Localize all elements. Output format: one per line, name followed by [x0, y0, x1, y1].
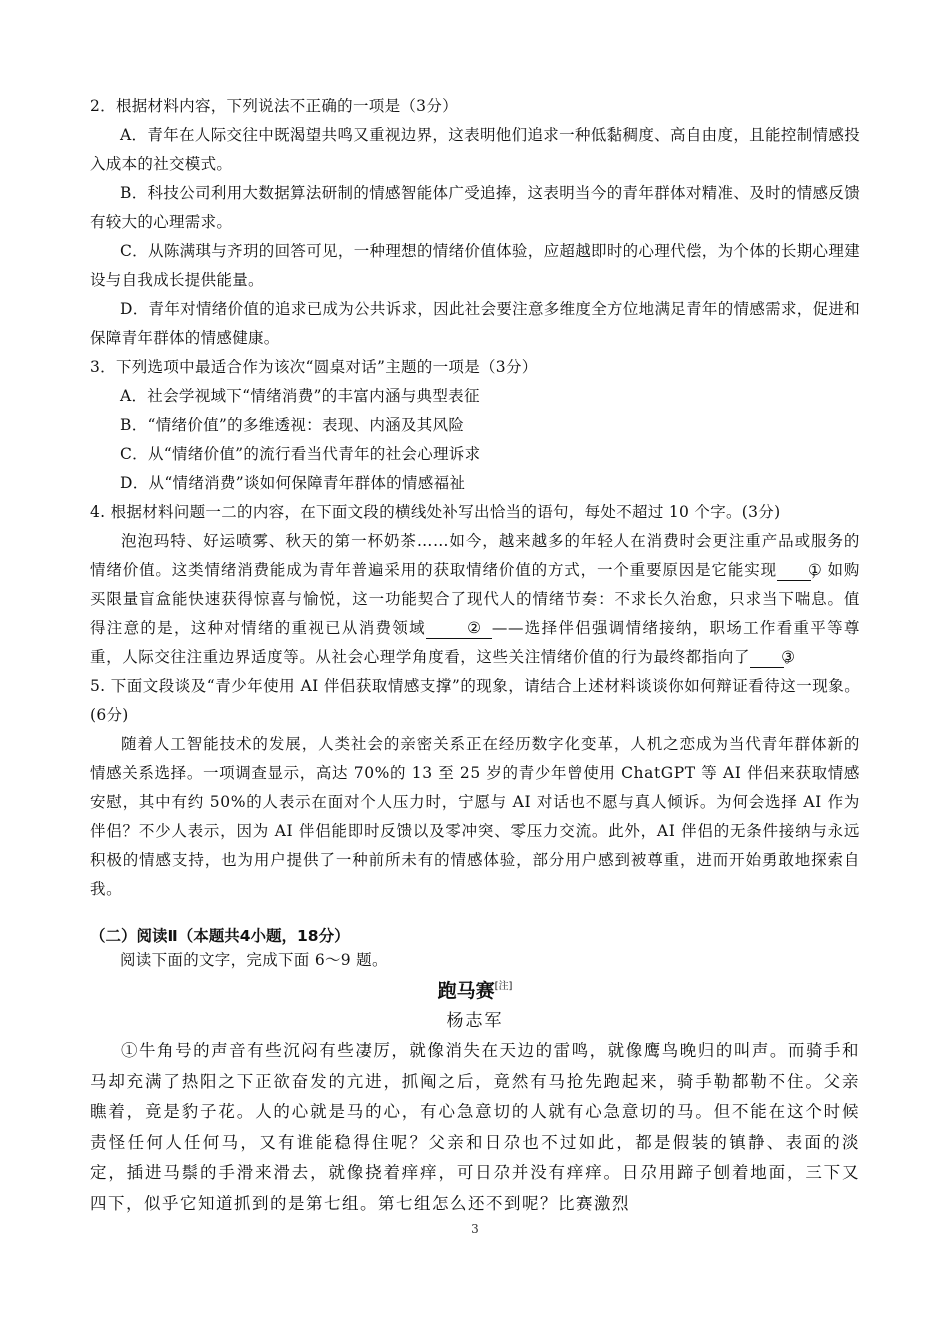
story-paragraph-1: ①牛角号的声音有些沉闷有些凄厉，就像消失在天边的雷鸣，就像鹰鸟晚归的叫声。而骑手…	[90, 1036, 860, 1219]
question-2-option-b: B．科技公司利用大数据算法研制的情感智能体广受追捧，这表明当今的青年群体对精准、…	[90, 179, 860, 237]
fill-blank-3: ③	[750, 647, 784, 668]
question-2-option-a: A．青年在人际交往中既渴望共鸣又重视边界，这表明他们追求一种低黏稠度、高自由度，…	[90, 121, 860, 179]
question-5-stem: 5. 下面文段谈及“青少年使用 AI 伴侣获取情感支撑”的现象，请结合上述材料谈…	[90, 672, 860, 730]
question-5-passage: 随着人工智能技术的发展，人类社会的亲密关系正在经历数字化变革，人机之恋成为当代青…	[90, 730, 860, 904]
story-title: 跑马赛[注]	[90, 972, 860, 1006]
question-3-option-c: C．从“情绪价值”的流行看当代青年的社会心理诉求	[90, 440, 860, 469]
question-3-option-b: B．“情绪价值”的多维透视：表现、内涵及其风险	[90, 411, 860, 440]
reading-section-2: （二）阅读Ⅱ（本题共4小题，18分） 阅读下面的文字，完成下面 6～9 题。 跑…	[90, 924, 860, 1219]
question-2: 2．根据材料内容，下列说法不正确的一项是（3分） A．青年在人际交往中既渴望共鸣…	[90, 92, 860, 353]
question-3-stem: 3．下列选项中最适合作为该次“圆桌对话”主题的一项是（3分）	[90, 353, 860, 382]
exam-page: 2．根据材料内容，下列说法不正确的一项是（3分） A．青年在人际交往中既渴望共鸣…	[90, 92, 860, 1219]
question-3: 3．下列选项中最适合作为该次“圆桌对话”主题的一项是（3分） A．社会学视域下“…	[90, 353, 860, 498]
question-2-option-c: C．从陈满琪与齐玥的回答可见，一种理想的情绪价值体验，应超越即时的心理代偿，为个…	[90, 237, 860, 295]
passage-text: 泡泡玛特、好运喷雾、秋天的第一杯奶茶……如今，越来越多的年轻人在消费时会更注重产…	[90, 532, 860, 579]
page-number: 3	[0, 1222, 950, 1236]
fill-blank-1: ①	[777, 560, 811, 581]
story-title-text: 跑马赛	[438, 980, 495, 1002]
question-4-passage: 泡泡玛特、好运喷雾、秋天的第一杯奶茶……如今，越来越多的年轻人在消费时会更注重产…	[90, 527, 860, 672]
section-heading: （二）阅读Ⅱ（本题共4小题，18分）	[90, 924, 860, 948]
question-5: 5. 下面文段谈及“青少年使用 AI 伴侣获取情感支撑”的现象，请结合上述材料谈…	[90, 672, 860, 904]
question-4-stem: 4. 根据材料问题一二的内容，在下面文段的横线处补写出恰当的语句，每处不超过 1…	[90, 498, 860, 527]
section-instruction: 阅读下面的文字，完成下面 6～9 题。	[90, 948, 860, 972]
question-3-option-d: D．从“情绪消费”谈如何保障青年群体的情感福祉	[90, 469, 860, 498]
question-3-option-a: A．社会学视域下“情绪消费”的丰富内涵与典型表征	[90, 382, 860, 411]
question-2-option-d: D．青年对情绪价值的追求已成为公共诉求，因此社会要注意多维度全方位地满足青年的情…	[90, 295, 860, 353]
fill-blank-2: ②	[426, 618, 492, 639]
question-2-stem: 2．根据材料内容，下列说法不正确的一项是（3分）	[90, 92, 860, 121]
story-author: 杨志军	[90, 1006, 860, 1036]
footnote-marker: [注]	[495, 981, 513, 992]
question-4: 4. 根据材料问题一二的内容，在下面文段的横线处补写出恰当的语句，每处不超过 1…	[90, 498, 860, 672]
passage-text: 。	[784, 648, 800, 666]
